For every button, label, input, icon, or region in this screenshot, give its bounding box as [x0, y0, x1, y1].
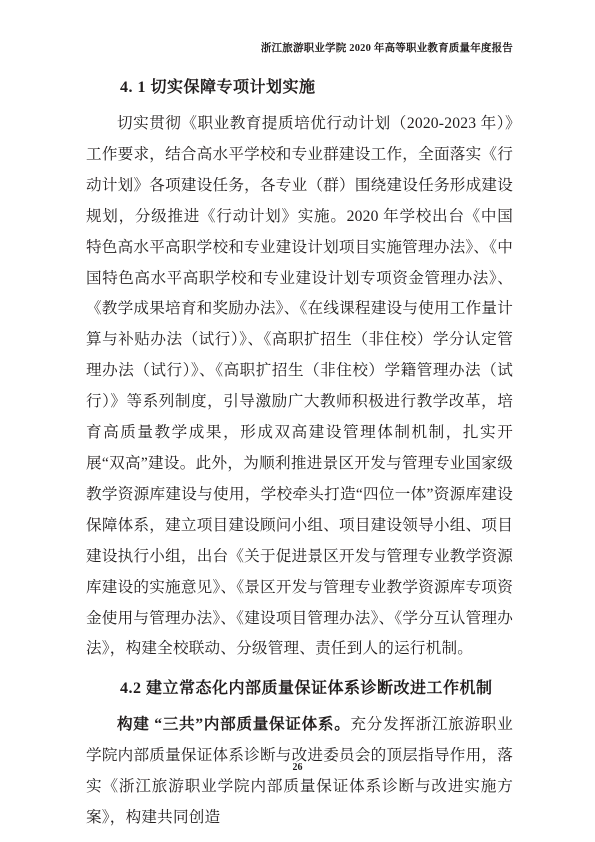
paragraph-4-1-text: 切实贯彻《职业教育提质培优行动计划（2020-2023 年）》工作要求，结合高水…	[86, 115, 513, 657]
page-content: 4. 1 切实保障专项计划实施 切实贯彻《职业教育提质培优行动计划（2020-2…	[86, 72, 513, 834]
section-heading-4-2: 4.2 建立常态化内部质量保证体系诊断改进工作机制	[86, 673, 513, 704]
section-heading-4-1: 4. 1 切实保障专项计划实施	[86, 72, 513, 103]
paragraph-4-2-lead: 构建 “三共”内部质量保证体系。	[117, 716, 351, 733]
running-header: 浙江旅游职业学院 2020 年高等职业教育质量年度报告	[86, 40, 513, 55]
section-4-1: 4. 1 切实保障专项计划实施 切实贯彻《职业教育提质培优行动计划（2020-2…	[86, 72, 513, 665]
document-page: 浙江旅游职业学院 2020 年高等职业教育质量年度报告 4. 1 切实保障专项计…	[0, 0, 595, 842]
page-number: 26	[0, 762, 595, 773]
section-4-2: 4.2 建立常态化内部质量保证体系诊断改进工作机制 构建 “三共”内部质量保证体…	[86, 673, 513, 834]
paragraph-4-1: 切实贯彻《职业教育提质培优行动计划（2020-2023 年）》工作要求，结合高水…	[86, 109, 513, 665]
